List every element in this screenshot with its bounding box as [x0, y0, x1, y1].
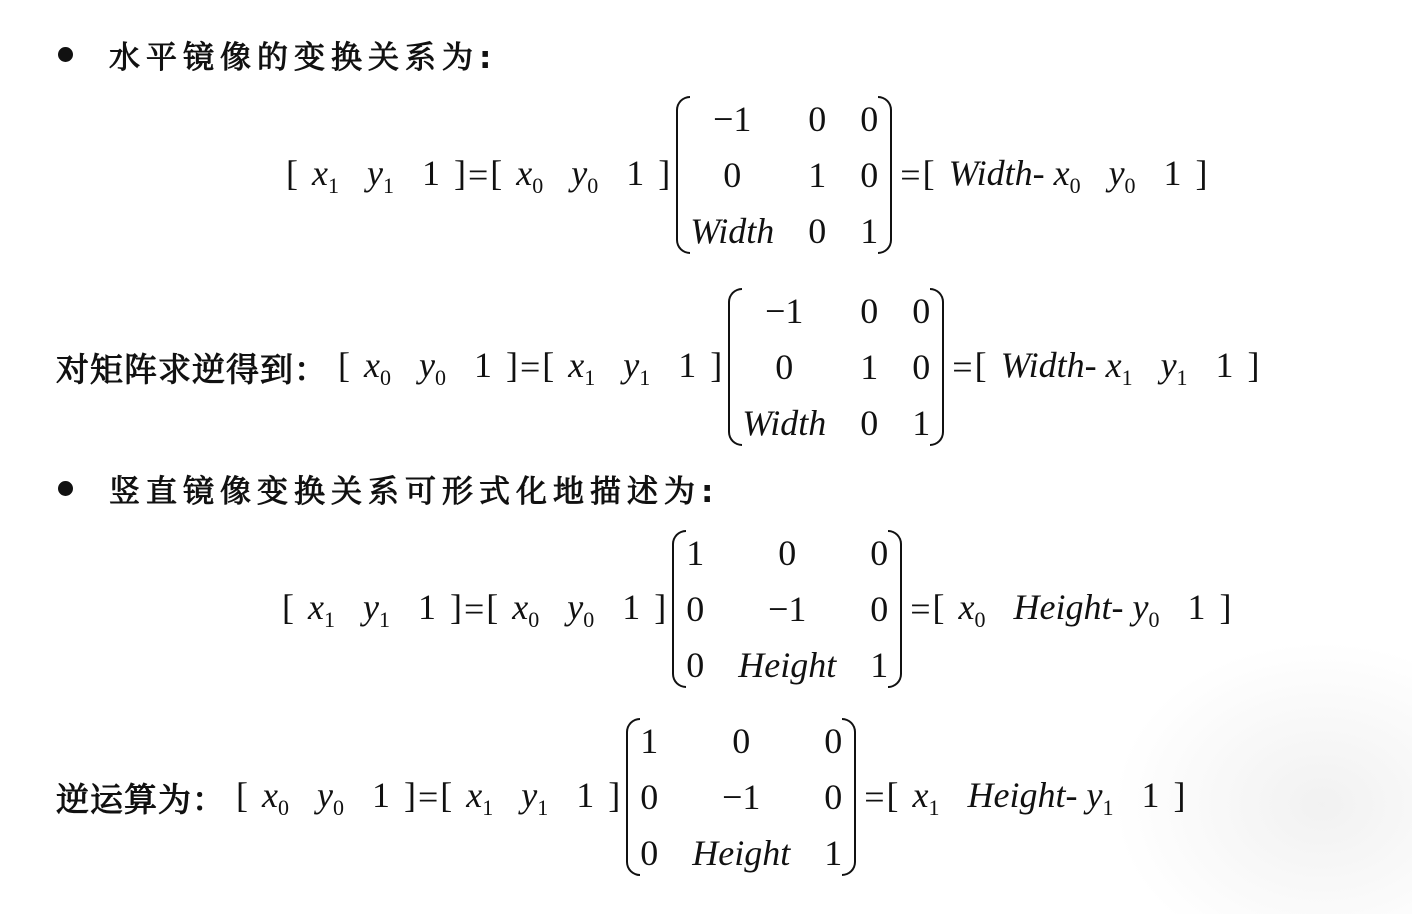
vector-element: 1: [626, 152, 644, 194]
bracket-open: [: [440, 774, 452, 816]
variable: y: [623, 345, 639, 385]
matrix-cell: 0: [686, 586, 704, 632]
variable: x: [364, 345, 380, 385]
transform-matrix: −100010Width01: [728, 288, 944, 446]
vector-element: 1: [1141, 774, 1159, 816]
equals-sign: =: [520, 346, 540, 388]
bracket-close: ]: [454, 152, 466, 194]
subscript: 0: [587, 173, 598, 198]
bracket-open: [: [490, 152, 502, 194]
variable: x: [308, 587, 324, 627]
heading-vertical-mirror: 竖直镜像变换关系可形式化地描述为:: [56, 466, 719, 511]
vector-element: 1: [678, 344, 696, 386]
matrix-cell: Width: [742, 400, 826, 446]
matrix-cell: 1: [824, 830, 842, 876]
variable: y: [363, 587, 379, 627]
subscript: 1: [584, 365, 595, 390]
subscript: 0: [435, 365, 446, 390]
variable: x: [568, 345, 584, 385]
vector-element: Width- x1: [1001, 344, 1133, 391]
equation-vertical-inverse: 逆运算为：[x0y01]=[x1y11]1000−100Height1=[x1H…: [56, 718, 1185, 876]
rhs-vector: [x0y01]: [490, 152, 670, 199]
matrix-cell: 1: [860, 344, 878, 390]
matrix-cell: 0: [640, 774, 658, 820]
subscript: 1: [537, 795, 548, 820]
lhs-vector: [x0y01]: [236, 774, 416, 821]
vector-element: Width- x0: [949, 152, 1081, 199]
vector-element: 1: [622, 586, 640, 628]
vector-element: x1: [312, 152, 339, 199]
vector-element: 1: [474, 344, 492, 386]
vector-element: 1: [1164, 152, 1182, 194]
vector-element: 1: [418, 586, 436, 628]
subscript: 0: [1125, 173, 1136, 198]
matrix-cell: 1: [912, 400, 930, 446]
bracket-open: [: [236, 774, 248, 816]
equation-label: 逆运算为：: [56, 774, 226, 821]
subscript: 1: [1177, 365, 1188, 390]
matrix-cell: −1: [768, 586, 806, 632]
heading-text: 竖直镜像变换关系可形式化地描述为:: [109, 466, 719, 511]
bracket-close: ]: [1173, 774, 1185, 816]
matrix-cell: 0: [860, 96, 878, 142]
bracket-open: [: [286, 152, 298, 194]
matrix-cell: 0: [912, 288, 930, 334]
subscript: 0: [380, 365, 391, 390]
subscript: 1: [324, 607, 335, 632]
variable: y: [571, 153, 587, 193]
variable: x: [959, 587, 975, 627]
variable: x: [516, 153, 532, 193]
bracket-close: ]: [710, 344, 722, 386]
vector-element: 1: [1187, 586, 1205, 628]
vector-element: 1: [1216, 344, 1234, 386]
lhs-vector: [x1y11]: [286, 152, 466, 199]
subscript: 0: [1148, 607, 1159, 632]
bracket-open: [: [923, 152, 935, 194]
equals-sign: =: [468, 154, 488, 196]
result-vector: [Width- x0y01]: [923, 152, 1208, 199]
vector-element: 1: [372, 774, 390, 816]
matrix-cell: 0: [732, 718, 750, 764]
matrix-cell: 0: [860, 288, 878, 334]
matrix-cell: 1: [640, 718, 658, 764]
heading-horizontal-mirror: 水平镜像的变换关系为:: [56, 32, 497, 77]
bracket-close: ]: [1219, 586, 1231, 628]
equals-sign: =: [900, 154, 920, 196]
vector-element: 1: [576, 774, 594, 816]
vector-element: y1: [363, 586, 390, 633]
equation-horizontal-forward: [x1y11]=[x0y01]−100010Width01=[Width- x0…: [286, 96, 1208, 254]
vector-element: Height- y0: [1014, 586, 1160, 633]
variable: Height- y: [1014, 587, 1149, 627]
variable: y: [567, 587, 583, 627]
bracket-close: ]: [450, 586, 462, 628]
variable: Width- x: [949, 153, 1070, 193]
matrix-cell: 0: [775, 344, 793, 390]
matrix-cell: −1: [713, 96, 751, 142]
transform-matrix: 1000−100Height1: [626, 718, 856, 876]
vector-element: y1: [623, 344, 650, 391]
rhs-vector: [x1y11]: [542, 344, 722, 391]
subscript: 1: [482, 795, 493, 820]
matrix-cell: 0: [870, 530, 888, 576]
vector-element: y0: [567, 586, 594, 633]
vector-element: y0: [1109, 152, 1136, 199]
subscript: 0: [1070, 173, 1081, 198]
bracket-open: [: [887, 774, 899, 816]
matrix-cell: 0: [870, 586, 888, 632]
matrix-cell: Height: [692, 830, 790, 876]
matrix-cell: 0: [824, 774, 842, 820]
matrix-cell: −1: [722, 774, 760, 820]
bracket-open: [: [933, 586, 945, 628]
bracket-close: ]: [506, 344, 518, 386]
matrix-cell: 0: [640, 830, 658, 876]
vector-element: x1: [466, 774, 493, 821]
bracket-open: [: [338, 344, 350, 386]
subscript: 1: [1102, 795, 1113, 820]
subscript: 1: [639, 365, 650, 390]
equals-sign: =: [418, 776, 438, 818]
bracket-open: [: [542, 344, 554, 386]
bracket-close: ]: [654, 586, 666, 628]
subscript: 0: [583, 607, 594, 632]
vector-element: Height- y1: [968, 774, 1114, 821]
vector-element: y1: [367, 152, 394, 199]
vector-element: x0: [262, 774, 289, 821]
bullet-icon: [58, 47, 73, 62]
vector-element: x0: [512, 586, 539, 633]
bracket-open: [: [282, 586, 294, 628]
matrix-cell: 0: [686, 642, 704, 688]
variable: x: [262, 775, 278, 815]
subscript: 1: [379, 607, 390, 632]
matrix-cell: 0: [912, 344, 930, 390]
subscript: 1: [929, 795, 940, 820]
heading-text: 水平镜像的变换关系为:: [109, 32, 497, 77]
matrix-cell: 1: [686, 530, 704, 576]
vector-element: x1: [913, 774, 940, 821]
subscript: 0: [278, 795, 289, 820]
lhs-vector: [x0y01]: [338, 344, 518, 391]
matrix-cell: 0: [778, 530, 796, 576]
subscript: 1: [328, 173, 339, 198]
equation-label: 对矩阵求逆得到：: [56, 344, 328, 391]
vector-element: x0: [959, 586, 986, 633]
equals-sign: =: [952, 346, 972, 388]
variable: Width- x: [1001, 345, 1122, 385]
subscript: 0: [532, 173, 543, 198]
vector-element: y0: [317, 774, 344, 821]
variable: x: [466, 775, 482, 815]
matrix-cell: Width: [690, 208, 774, 254]
transform-matrix: 1000−100Height1: [672, 530, 902, 688]
matrix-cell: 1: [870, 642, 888, 688]
bullet-icon: [58, 481, 73, 496]
bracket-close: ]: [1196, 152, 1208, 194]
transform-matrix: −100010Width01: [676, 96, 892, 254]
variable: y: [419, 345, 435, 385]
subscript: 0: [975, 607, 986, 632]
variable: y: [1109, 153, 1125, 193]
bracket-open: [: [975, 344, 987, 386]
vector-element: y1: [521, 774, 548, 821]
matrix-cell: 1: [808, 152, 826, 198]
matrix-cell: Height: [738, 642, 836, 688]
matrix-cell: 0: [860, 152, 878, 198]
equals-sign: =: [910, 588, 930, 630]
bracket-close: ]: [1248, 344, 1260, 386]
variable: Height- y: [968, 775, 1103, 815]
matrix-cell: 0: [824, 718, 842, 764]
matrix-cell: 0: [723, 152, 741, 198]
bracket-close: ]: [404, 774, 416, 816]
subscript: 1: [1122, 365, 1133, 390]
vector-element: x1: [568, 344, 595, 391]
bracket-close: ]: [658, 152, 670, 194]
rhs-vector: [x1y11]: [440, 774, 620, 821]
variable: x: [913, 775, 929, 815]
subscript: 0: [528, 607, 539, 632]
variable: y: [1161, 345, 1177, 385]
vector-element: y0: [419, 344, 446, 391]
variable: x: [512, 587, 528, 627]
subscript: 1: [383, 173, 394, 198]
vector-element: x0: [364, 344, 391, 391]
subscript: 0: [333, 795, 344, 820]
matrix-cell: 0: [808, 208, 826, 254]
equation-vertical-forward: [x1y11]=[x0y01]1000−100Height1=[x0Height…: [282, 530, 1231, 688]
result-vector: [Width- x1y11]: [975, 344, 1260, 391]
variable: y: [521, 775, 537, 815]
variable: y: [367, 153, 383, 193]
matrix-cell: 0: [808, 96, 826, 142]
equals-sign: =: [464, 588, 484, 630]
variable: y: [317, 775, 333, 815]
vector-element: 1: [422, 152, 440, 194]
equals-sign: =: [864, 776, 884, 818]
bracket-close: ]: [608, 774, 620, 816]
result-vector: [x0Height- y01]: [933, 586, 1232, 633]
rhs-vector: [x0y01]: [486, 586, 666, 633]
equation-horizontal-inverse: 对矩阵求逆得到：[x0y01]=[x1y11]−100010Width01=[W…: [56, 288, 1260, 446]
matrix-cell: 0: [860, 400, 878, 446]
vector-element: y0: [571, 152, 598, 199]
bracket-open: [: [486, 586, 498, 628]
matrix-cell: −1: [765, 288, 803, 334]
vector-element: x0: [516, 152, 543, 199]
vector-element: y1: [1161, 344, 1188, 391]
matrix-cell: 1: [860, 208, 878, 254]
result-vector: [x1Height- y11]: [887, 774, 1186, 821]
lhs-vector: [x1y11]: [282, 586, 462, 633]
variable: x: [312, 153, 328, 193]
vector-element: x1: [308, 586, 335, 633]
